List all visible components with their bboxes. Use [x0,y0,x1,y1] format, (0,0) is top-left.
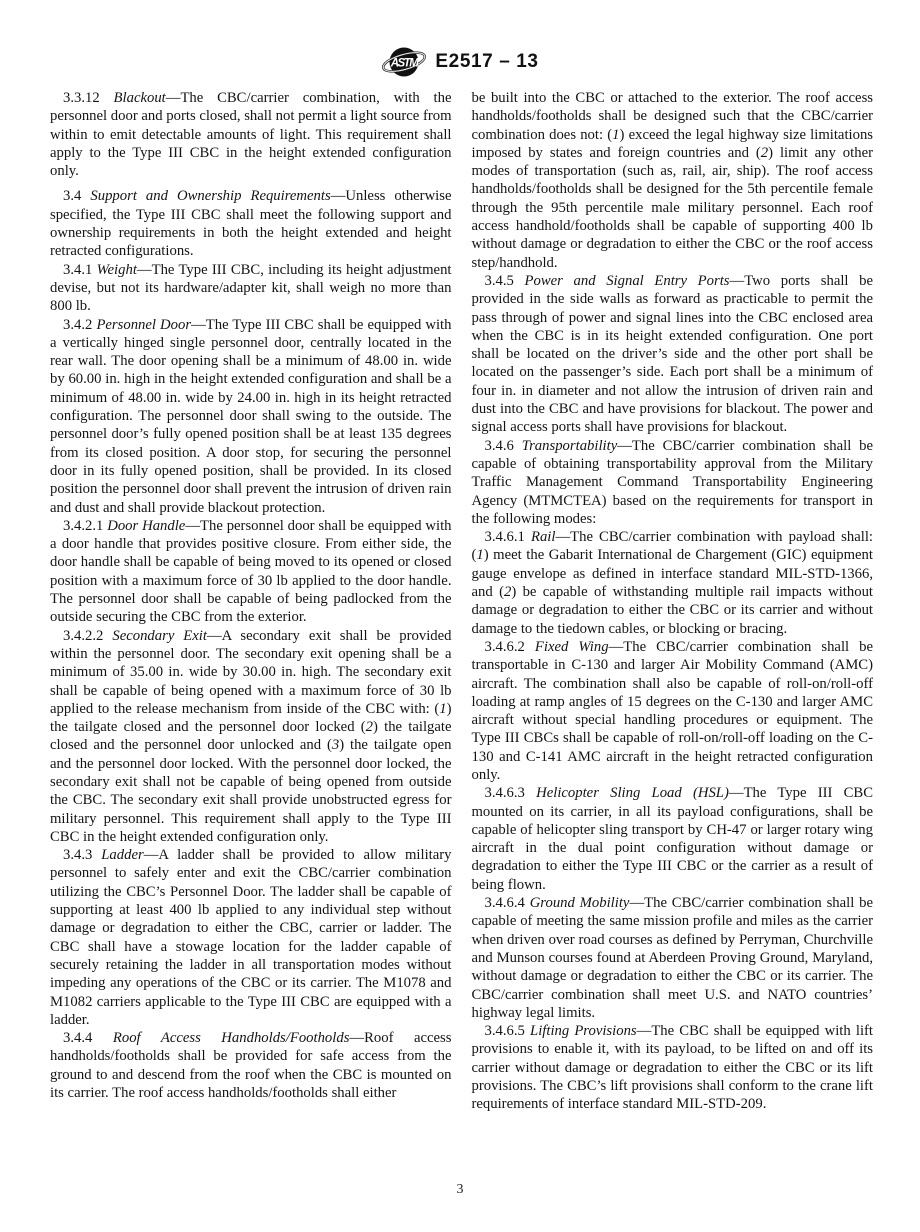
section-title: Fixed Wing [535,639,609,655]
text-run: 3.3.12 [63,90,114,106]
text-run: 3.4.6.1 [485,529,531,545]
section-title: Personnel Door [96,317,191,333]
text-run: ) limit any other modes of transportatio… [472,145,874,271]
text-run: 3.4.2 [63,317,96,333]
text-run: 3.4.3 [63,847,101,863]
paragraph: 3.4.6.4 Ground Mobility—The CBC/carrier … [472,894,874,1022]
section-title: Ladder [101,847,143,863]
document-page: ASTM E2517 – 13 3.3.12 Blackout—The CBC/… [0,0,920,1232]
section-title: Secondary Exit [112,628,207,644]
text-run: —The CBC/carrier combination shall be ca… [472,895,874,1021]
astm-logo-icon: ASTM [381,42,427,82]
paragraph: 3.4.6.2 Fixed Wing—The CBC/carrier combi… [472,638,874,784]
text-run: 3.4.2.1 [63,518,107,534]
paragraph: 3.4.3 Ladder—A ladder shall be provided … [50,846,452,1029]
section-title: 1 [439,701,446,717]
text-run: 3.4.2.2 [63,628,112,644]
section-title: Ground Mobility [530,895,630,911]
section-title: Transportability [522,438,618,454]
paragraph: 3.4.4 Roof Access Handholds/Footholds—Ro… [50,1029,452,1102]
text-run: —Two ports shall be provided in the side… [472,273,874,435]
text-run: —The CBC/carrier combination shall be tr… [472,639,874,783]
paragraph: 3.3.12 Blackout—The CBC/carrier combinat… [50,89,452,180]
section-title: 2 [366,719,373,735]
text-run: ) the tailgate open and the personnel do… [50,737,452,844]
section-title: Weight [97,262,137,278]
right-column: be built into the CBC or attached to the… [472,89,874,1114]
text-run: 3.4.5 [485,273,525,289]
text-run: 3.4.6.5 [485,1023,531,1039]
paragraph: 3.4.1 Weight—The Type III CBC, including… [50,261,452,316]
section-title: Door Handle [107,518,185,534]
text-run: —A ladder shall be provided to allow mil… [50,847,452,1028]
section-title: Blackout [114,90,166,106]
paragraph: 3.4.6.1 Rail—The CBC/carrier combination… [472,528,874,638]
document-body: 3.3.12 Blackout—The CBC/carrier combinat… [50,89,873,1114]
text-run: —The Type III CBC mounted on its carrier… [472,785,874,892]
svg-text:ASTM: ASTM [390,58,420,70]
paragraph: 3.4.2 Personnel Door—The Type III CBC sh… [50,316,452,517]
paragraph: 3.4.5 Power and Signal Entry Ports—Two p… [472,272,874,437]
standard-designation: E2517 – 13 [435,51,538,73]
paragraph: 3.4.2.1 Door Handle—The personnel door s… [50,517,452,627]
paragraph: 3.4.6 Transportability—The CBC/carrier c… [472,437,874,528]
text-run: 3.4.1 [63,262,97,278]
page-number: 3 [457,1182,464,1197]
text-run: 3.4 [63,188,90,204]
left-column: 3.3.12 Blackout—The CBC/carrier combinat… [50,89,452,1114]
paragraph: 3.4.6.3 Helicopter Sling Load (HSL)—The … [472,784,874,894]
page-footer: 3 [0,1182,920,1198]
section-title: Power and Signal Entry Ports [525,273,730,289]
text-run: 3.4.6.2 [485,639,535,655]
section-title: Roof Access Handholds/Footholds [113,1030,350,1046]
paragraph: 3.4.2.2 Secondary Exit—A secondary exit … [50,627,452,847]
page-header: ASTM E2517 – 13 [0,42,920,82]
section-title: 1 [612,127,619,143]
text-run: ) be capable of withstanding multiple ra… [472,584,874,637]
section-title: Lifting Provisions [530,1023,637,1039]
text-run: 3.4.6 [485,438,522,454]
text-run: 3.4.6.3 [485,785,537,801]
section-title: 1 [476,547,483,563]
text-run: 3.4.6.4 [485,895,530,911]
section-title: Support and Ownership Requirements [90,188,330,204]
paragraph: 3.4.6.5 Lifting Provisions—The CBC shall… [472,1022,874,1113]
text-run: —The Type III CBC shall be equipped with… [50,317,452,516]
paragraph: be built into the CBC or attached to the… [472,89,874,272]
section-title: Rail [531,529,555,545]
paragraph: 3.4 Support and Ownership Requirements—U… [50,187,452,260]
section-title: Helicopter Sling Load (HSL) [536,785,729,801]
text-run: 3.4.4 [63,1030,113,1046]
